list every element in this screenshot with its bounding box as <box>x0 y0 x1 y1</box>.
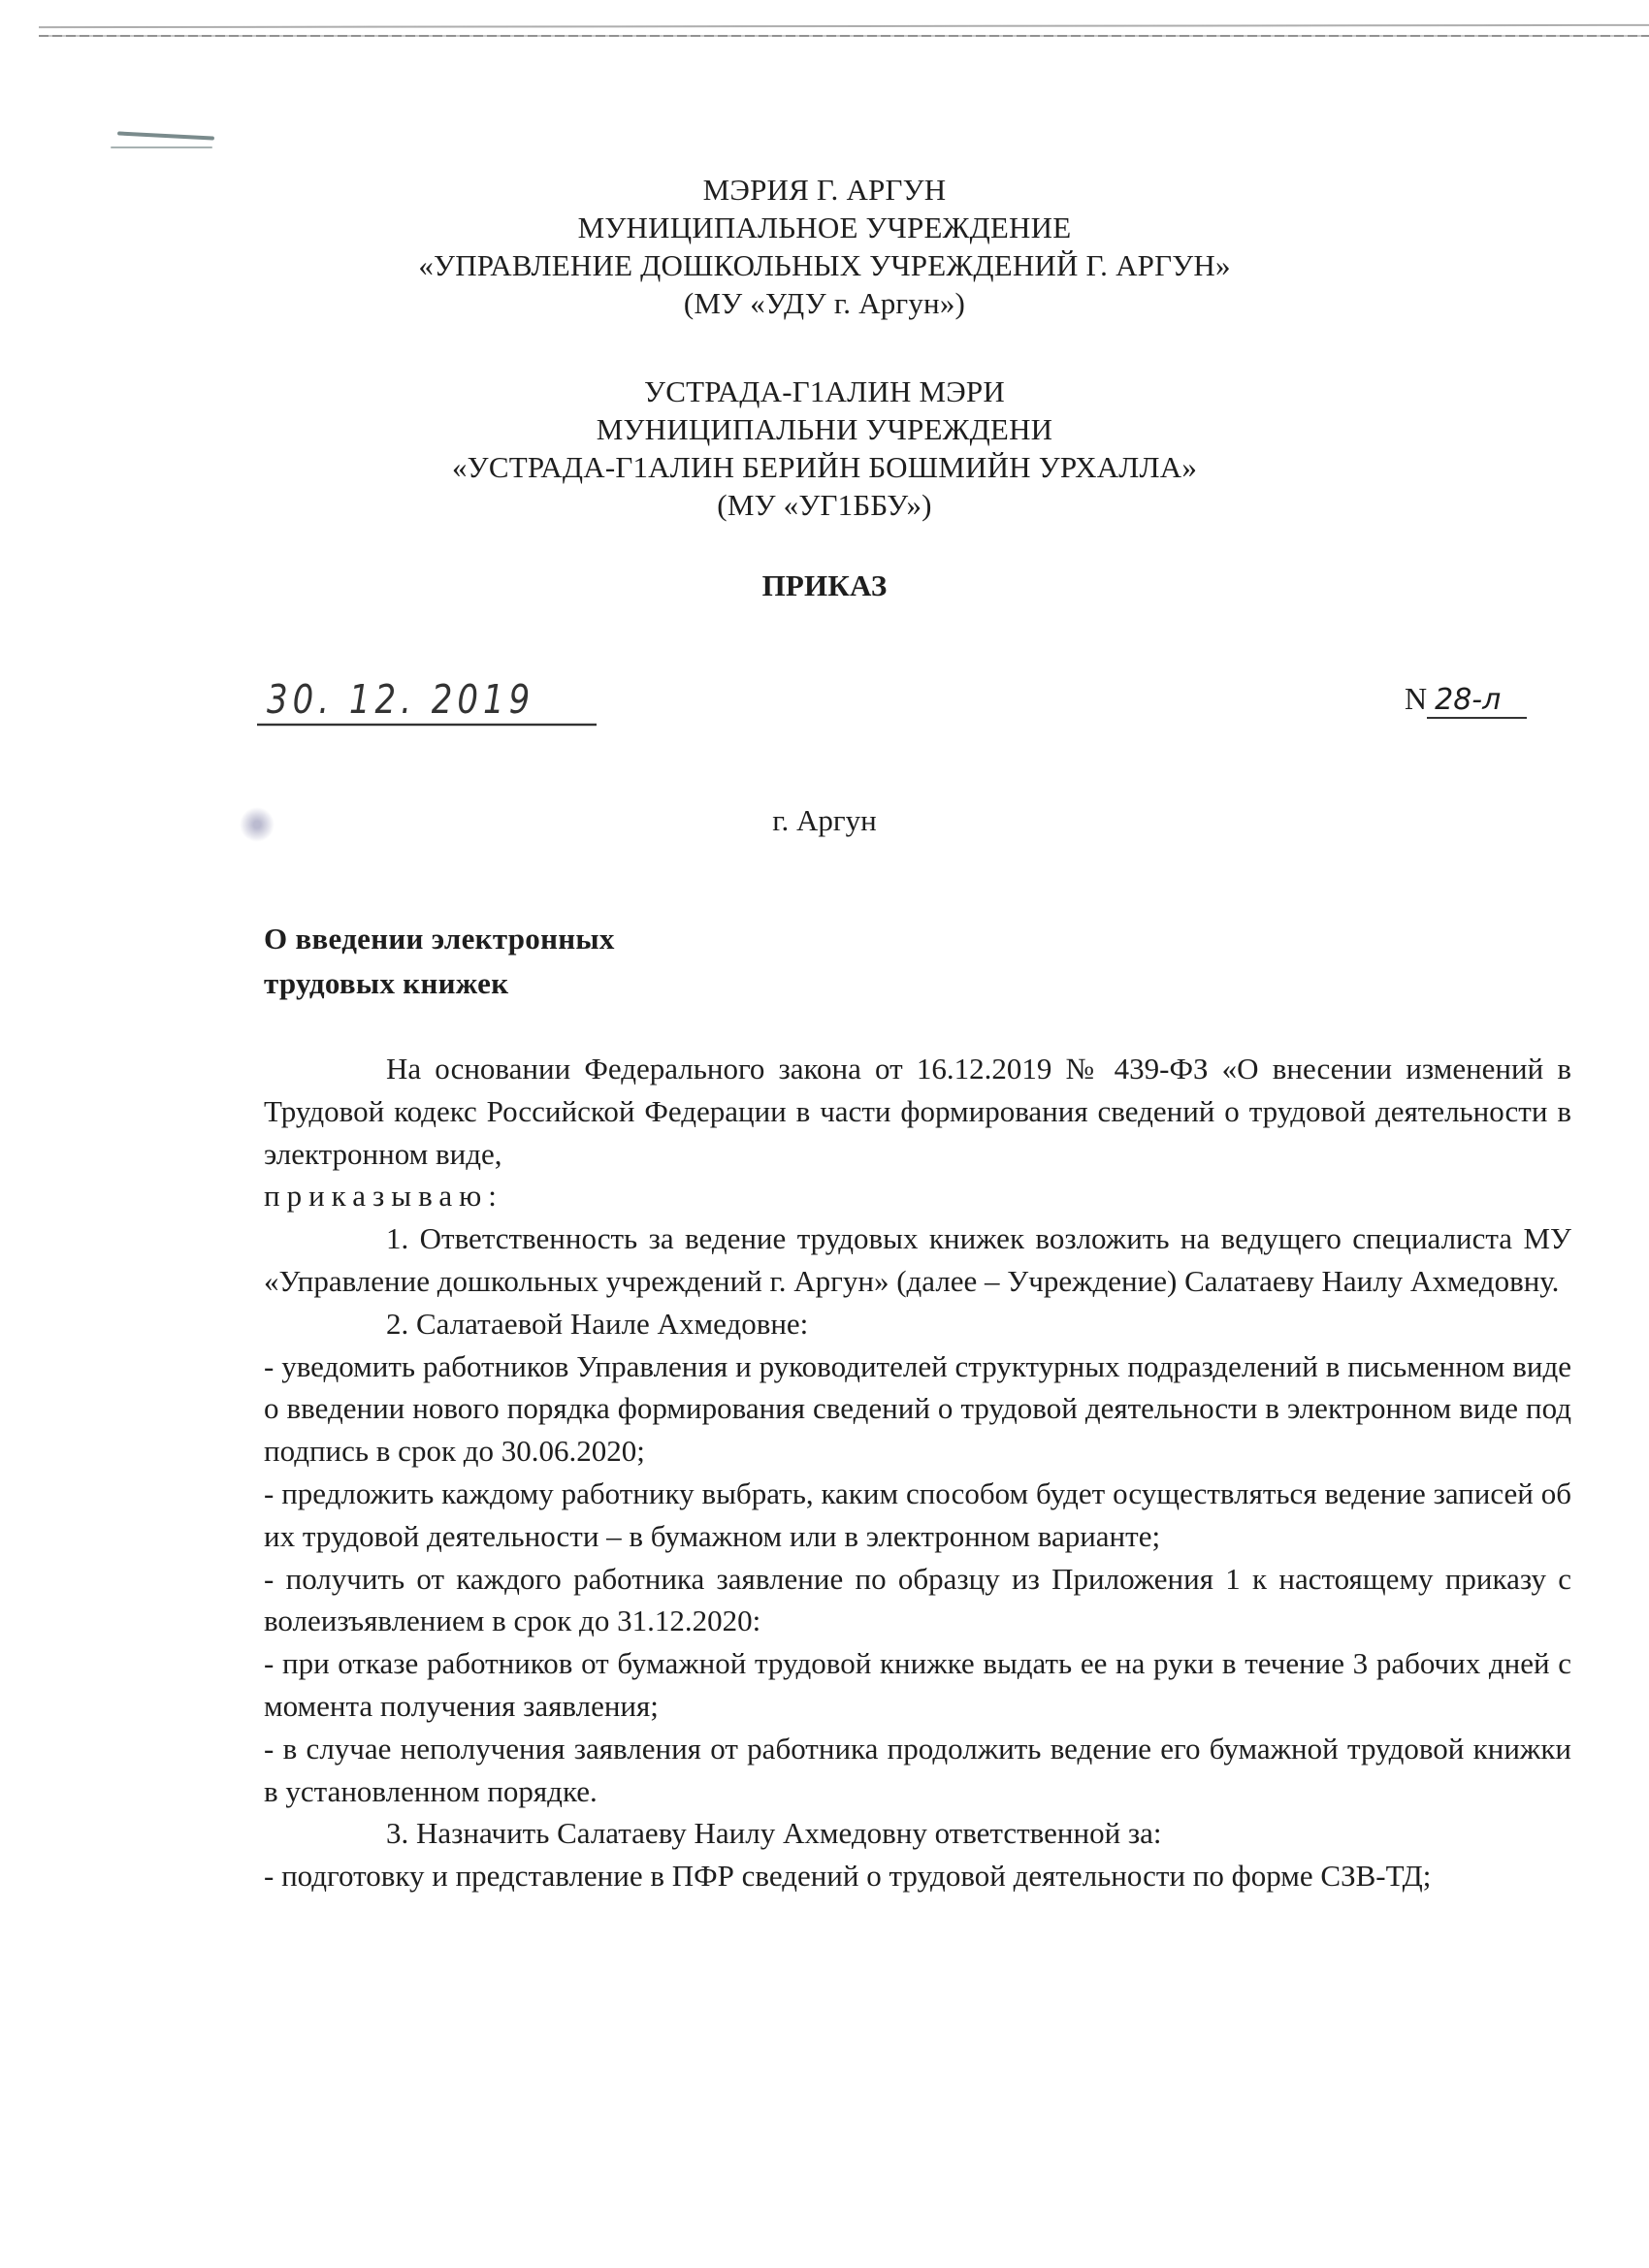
scan-artifact-line <box>39 35 1649 37</box>
staple-mark <box>117 131 214 140</box>
header-ce-line4: (МУ «УГ1ББУ») <box>0 486 1649 524</box>
clause-2-item: - получить от каждого работника заявлени… <box>264 1558 1571 1643</box>
clause-1: 1. Ответственность за ведение трудовых к… <box>264 1217 1571 1303</box>
subject-heading: О введении электронных трудовых книжек <box>264 917 615 1006</box>
clause-2-item: - при отказе работников от бумажной труд… <box>264 1642 1571 1728</box>
header-ru-line2: МУНИЦИПАЛЬНОЕ УЧРЕЖДЕНИЕ <box>0 209 1649 246</box>
order-number: N28-л <box>1405 681 1527 719</box>
subject-line1: О введении электронных <box>264 917 615 961</box>
clause-3: 3. Назначить Салатаеву Наилу Ахмедовну о… <box>264 1812 1571 1855</box>
city: г. Аргун <box>0 803 1649 838</box>
header-ce-line2: МУНИЦИПАЛЬНИ УЧРЕЖДЕНИ <box>0 410 1649 448</box>
clause-2: 2. Салатаевой Наиле Ахмедовне: <box>264 1303 1571 1345</box>
clause-3-item: - подготовку и представление в ПФР сведе… <box>264 1855 1571 1897</box>
header-ce-line1: УСТРАДА-Г1АЛИН МЭРИ <box>0 373 1649 410</box>
header-russian: МЭРИЯ Г. АРГУН МУНИЦИПАЛЬНОЕ УЧРЕЖДЕНИЕ … <box>0 171 1649 322</box>
number-label: N <box>1405 681 1427 716</box>
handwritten-date: 30. 12. 2019 <box>257 677 597 726</box>
order-verb: приказываю: <box>264 1175 1571 1217</box>
document-title: ПРИКАЗ <box>0 567 1649 604</box>
clause-2-item: - в случае неполучения заявления от рабо… <box>264 1728 1571 1813</box>
number-value: 28-л <box>1427 683 1527 719</box>
scan-artifact-line <box>39 24 1649 28</box>
header-ru-line4: (МУ «УДУ г. Аргун») <box>0 284 1649 322</box>
subject-line2: трудовых книжек <box>264 961 615 1006</box>
header-ce-line3: «УСТРАДА-Г1АЛИН БЕРИЙН БОШМИЙН УРХАЛЛА» <box>0 448 1649 486</box>
header-ru-line3: «УПРАВЛЕНИЕ ДОШКОЛЬНЫХ УЧРЕЖДЕНИЙ Г. АРГ… <box>0 246 1649 284</box>
header-chechen: УСТРАДА-Г1АЛИН МЭРИ МУНИЦИПАЛЬНИ УЧРЕЖДЕ… <box>0 373 1649 524</box>
header-ru-line1: МЭРИЯ Г. АРГУН <box>0 171 1649 209</box>
staple-mark <box>111 146 212 148</box>
preamble-paragraph: На основании Федерального закона от 16.1… <box>264 1048 1571 1175</box>
clause-2-item: - уведомить работников Управления и руко… <box>264 1345 1571 1473</box>
document-body: На основании Федерального закона от 16.1… <box>264 1048 1571 1897</box>
clause-2-item: - предложить каждому работнику выбрать, … <box>264 1473 1571 1558</box>
